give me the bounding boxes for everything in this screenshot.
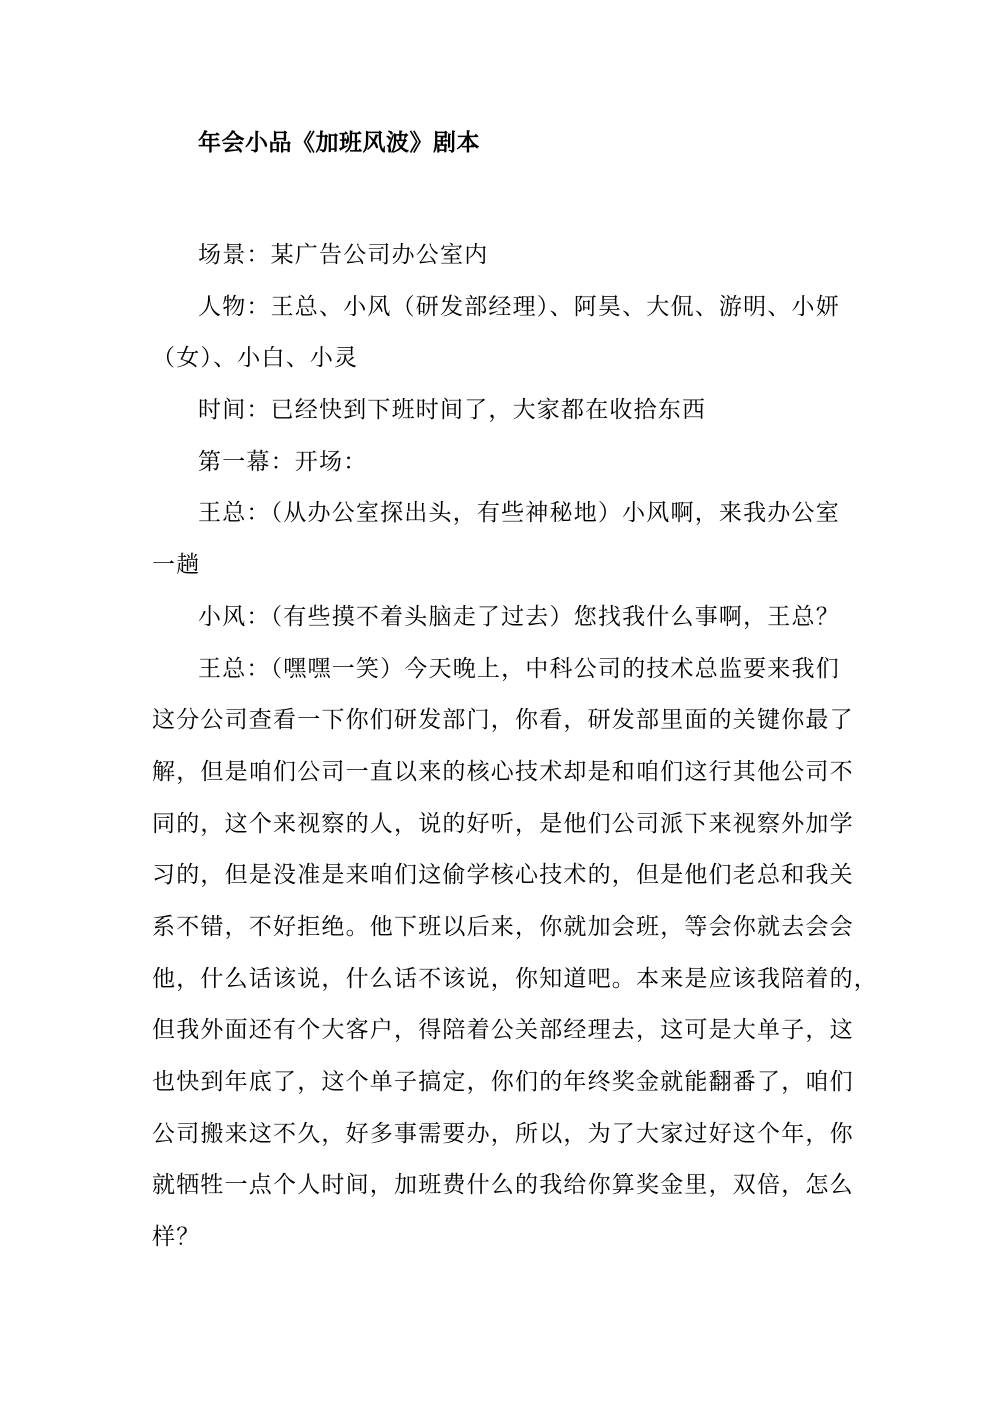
text-line: 人物：王总、小风（研发部经理）、阿昊、大侃、游明、小妍	[152, 295, 852, 347]
text-line: 小风：（有些摸不着头脑走了过去）您找我什么事啊，王总？	[152, 605, 852, 657]
text-line: 王总：（从办公室探出头，有些神秘地）小风啊，来我办公室	[152, 501, 852, 553]
text-line: 王总：（嘿嘿一笑）今天晚上，中科公司的技术总监要来我们	[152, 657, 852, 709]
text-line: 样？	[152, 1225, 852, 1277]
text-line: 他，什么话该说，什么话不该说，你知道吧。本来是应该我陪着的，	[152, 967, 852, 1019]
document-content: 年会小品《加班风波》剧本 场景：某广告公司办公室内人物：王总、小风（研发部经理）…	[152, 0, 852, 1404]
text-line: 同的，这个来视察的人，说的好听，是他们公司派下来视察外加学	[152, 812, 852, 864]
text-line: 一趟	[152, 553, 852, 605]
text-line: （女）、小白、小灵	[152, 346, 852, 398]
text-line: 也快到年底了，这个单子搞定，你们的年终奖金就能翻番了，咱们	[152, 1070, 852, 1122]
text-line: 时间：已经快到下班时间了，大家都在收拾东西	[152, 398, 852, 450]
document-lines: 场景：某广告公司办公室内人物：王总、小风（研发部经理）、阿昊、大侃、游明、小妍（…	[152, 243, 852, 1277]
text-line: 这分公司查看一下你们研发部门，你看，研发部里面的关键你最了	[152, 708, 852, 760]
text-line: 公司搬来这不久，好多事需要办，所以，为了大家过好这个年，你	[152, 1122, 852, 1174]
text-line: 就牺牲一点个人时间，加班费什么的我给你算奖金里，双倍，怎么	[152, 1173, 852, 1225]
text-line: 解，但是咱们公司一直以来的核心技术却是和咱们这行其他公司不	[152, 760, 852, 812]
text-line: 场景：某广告公司办公室内	[152, 243, 852, 295]
document-page: 年会小品《加班风波》剧本 场景：某广告公司办公室内人物：王总、小风（研发部经理）…	[0, 0, 993, 1404]
text-line: 系不错，不好拒绝。他下班以后来，你就加会班，等会你就去会会	[152, 915, 852, 967]
text-line: 第一幕：开场：	[152, 450, 852, 502]
document-title: 年会小品《加班风波》剧本	[198, 131, 480, 154]
text-line: 但我外面还有个大客户，得陪着公关部经理去，这可是大单子，这	[152, 1018, 852, 1070]
text-line: 习的，但是没准是来咱们这偷学核心技术的，但是他们老总和我关	[152, 863, 852, 915]
